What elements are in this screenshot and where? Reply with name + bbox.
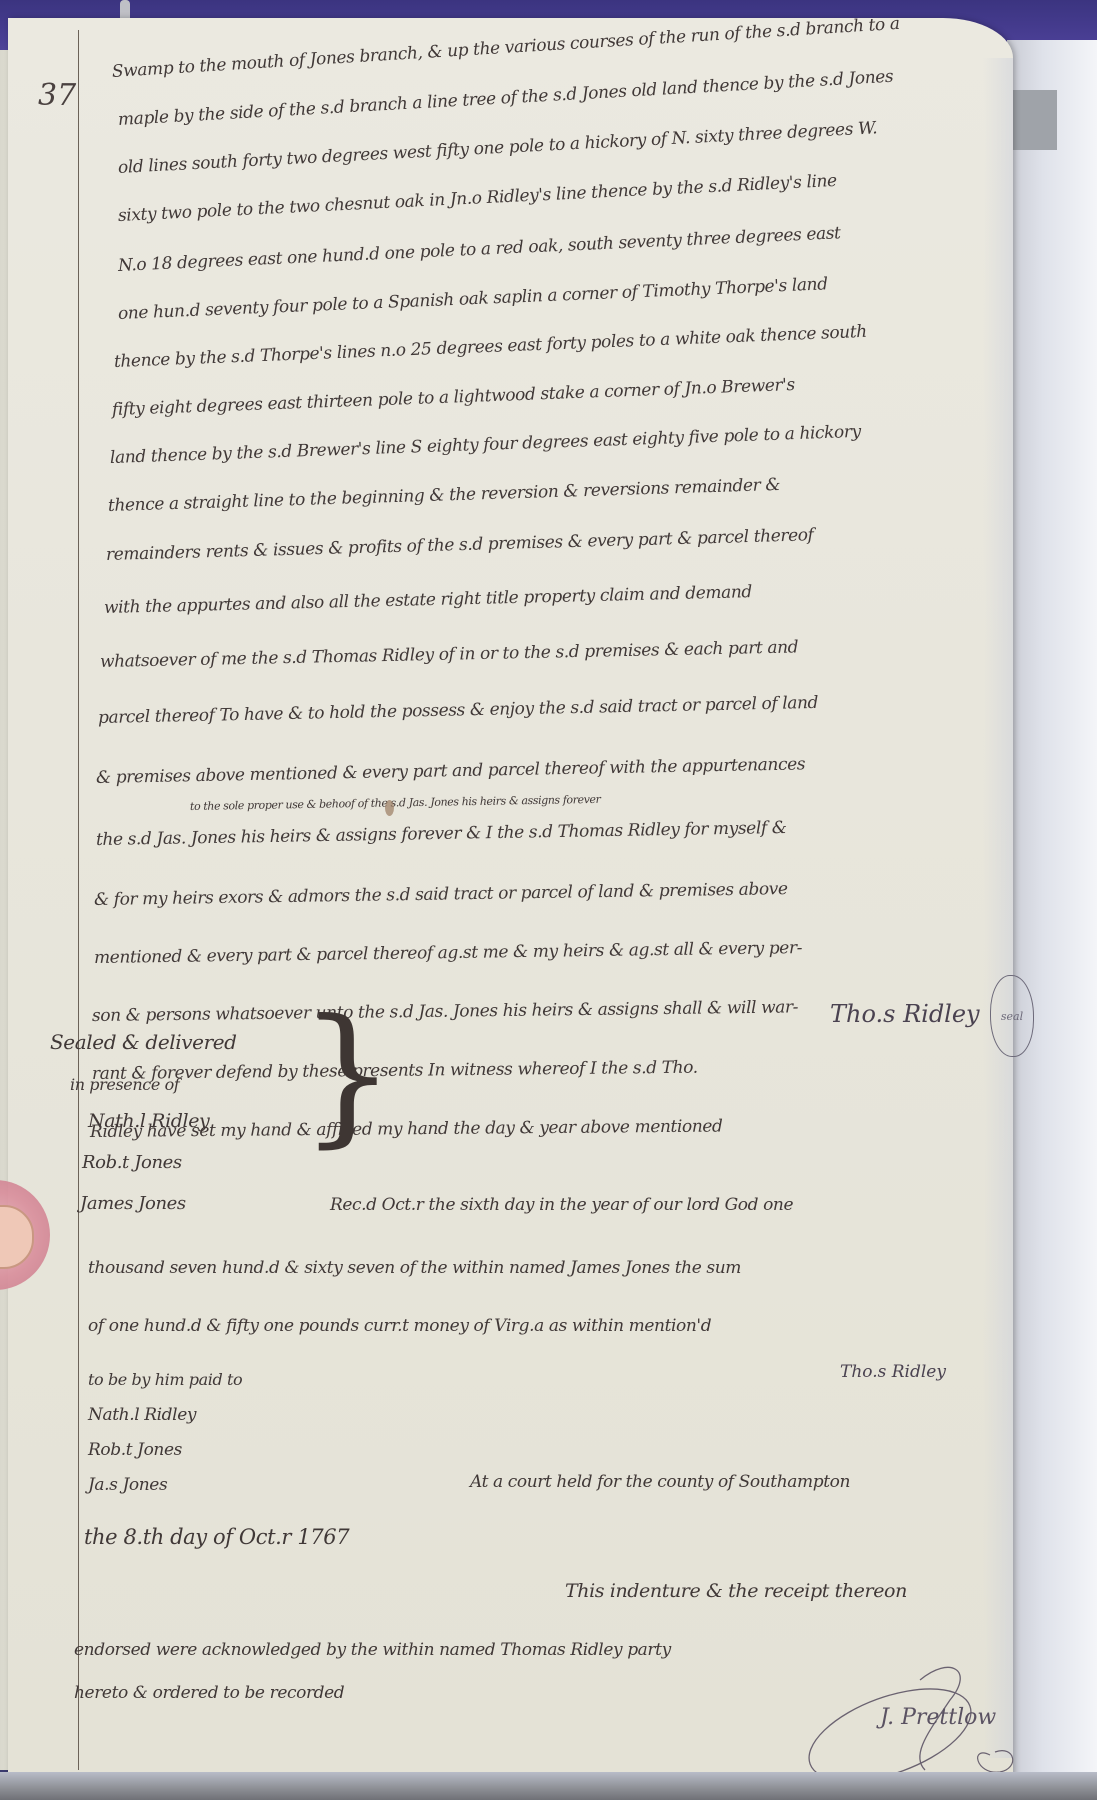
seal-mark: seal: [990, 975, 1034, 1057]
paper-stain: [385, 800, 394, 816]
receipt-line: of one hund.d & fifty one pounds curr.t …: [88, 1316, 711, 1336]
brace-mark: }: [300, 1000, 395, 1150]
witness-name: James Jones: [80, 1193, 186, 1214]
attestation-subheading: in presence of: [70, 1075, 179, 1094]
margin-rule: [78, 30, 79, 1770]
background-right: [1007, 40, 1097, 1800]
receipt-signature: Tho.s Ridley: [840, 1362, 946, 1382]
receipt-note: to be by him paid to: [88, 1370, 242, 1389]
witness-name: Nath.l Ridley: [88, 1110, 209, 1132]
witness-name: Rob.t Jones: [82, 1152, 182, 1173]
clerk-signature: J. Prettlow: [880, 1705, 996, 1730]
receipt-line: Rec.d Oct.r the sixth day in the year of…: [330, 1195, 793, 1215]
book-bottom-edge: [0, 1772, 1097, 1800]
grantor-signature: Tho.s Ridley: [830, 1000, 980, 1028]
attestation-heading: Sealed & delivered: [50, 1030, 237, 1054]
court-date: the 8.th day of Oct.r 1767: [84, 1525, 349, 1549]
folio-number: 37: [38, 78, 76, 113]
receipt-witness: Nath.l Ridley: [88, 1405, 196, 1425]
seal-label: seal: [1001, 1010, 1023, 1023]
background-object: [1007, 90, 1057, 150]
court-heading: At a court held for the county of Southa…: [470, 1472, 850, 1492]
receipt-witness: Ja.s Jones: [88, 1475, 167, 1495]
receipt-line: thousand seven hund.d & sixty seven of t…: [88, 1258, 741, 1278]
receipt-witness: Rob.t Jones: [88, 1440, 182, 1460]
court-line: endorsed were acknowledged by the within…: [74, 1640, 671, 1660]
court-line: hereto & ordered to be recorded: [74, 1683, 344, 1703]
court-line: This indenture & the receipt thereon: [565, 1580, 907, 1602]
